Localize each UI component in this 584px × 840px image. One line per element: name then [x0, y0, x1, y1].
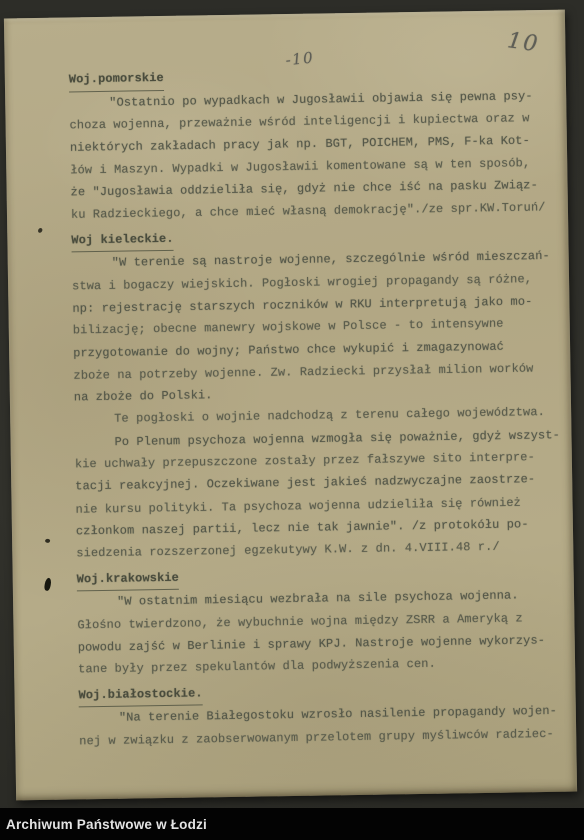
- section-body: "W terenie są nastroje wojenne, szczegól…: [72, 245, 559, 565]
- section-body: "Ostatnio po wypadkach w Jugosławii obja…: [69, 85, 553, 226]
- section-woj-kieleckie: Woj kieleckie. "W terenie są nastroje wo…: [71, 218, 558, 564]
- archive-name: Archiwum Państwowe w Łodzi: [0, 817, 207, 832]
- section-woj-krakowskie: Woj.krakowskie "W ostatnim miesiącu wezb…: [76, 557, 560, 681]
- section-woj-bialostockie: Woj.białostockie. "Na terenie Białegosto…: [78, 673, 561, 752]
- scan-viewport: 10 -10 Woj.pomorskie "Ostatnio po wypadk…: [0, 0, 584, 840]
- section-heading: Woj.krakowskie: [77, 567, 180, 591]
- section-heading: Woj.pomorskie: [69, 68, 164, 92]
- ink-blot: [44, 577, 52, 591]
- section-body: "W ostatnim miesiącu wezbrała na sile ps…: [77, 584, 560, 681]
- section-heading: Woj kieleckie.: [71, 228, 174, 252]
- document-content: Woj.pomorskie "Ostatnio po wypadkach w J…: [69, 58, 562, 752]
- ink-speck: [45, 539, 50, 543]
- section-heading: Woj.białostockie.: [78, 683, 202, 708]
- document-page: 10 -10 Woj.pomorskie "Ostatnio po wypadk…: [4, 10, 577, 801]
- archive-caption-bar: Archiwum Państwowe w Łodzi: [0, 808, 584, 840]
- handwritten-page-number: 10: [506, 28, 541, 57]
- section-body: "Na terenie Białegostoku wzrosło nasilen…: [79, 700, 562, 752]
- ink-speck: [37, 227, 43, 233]
- section-woj-pomorskie: Woj.pomorskie "Ostatnio po wypadkach w J…: [69, 58, 553, 226]
